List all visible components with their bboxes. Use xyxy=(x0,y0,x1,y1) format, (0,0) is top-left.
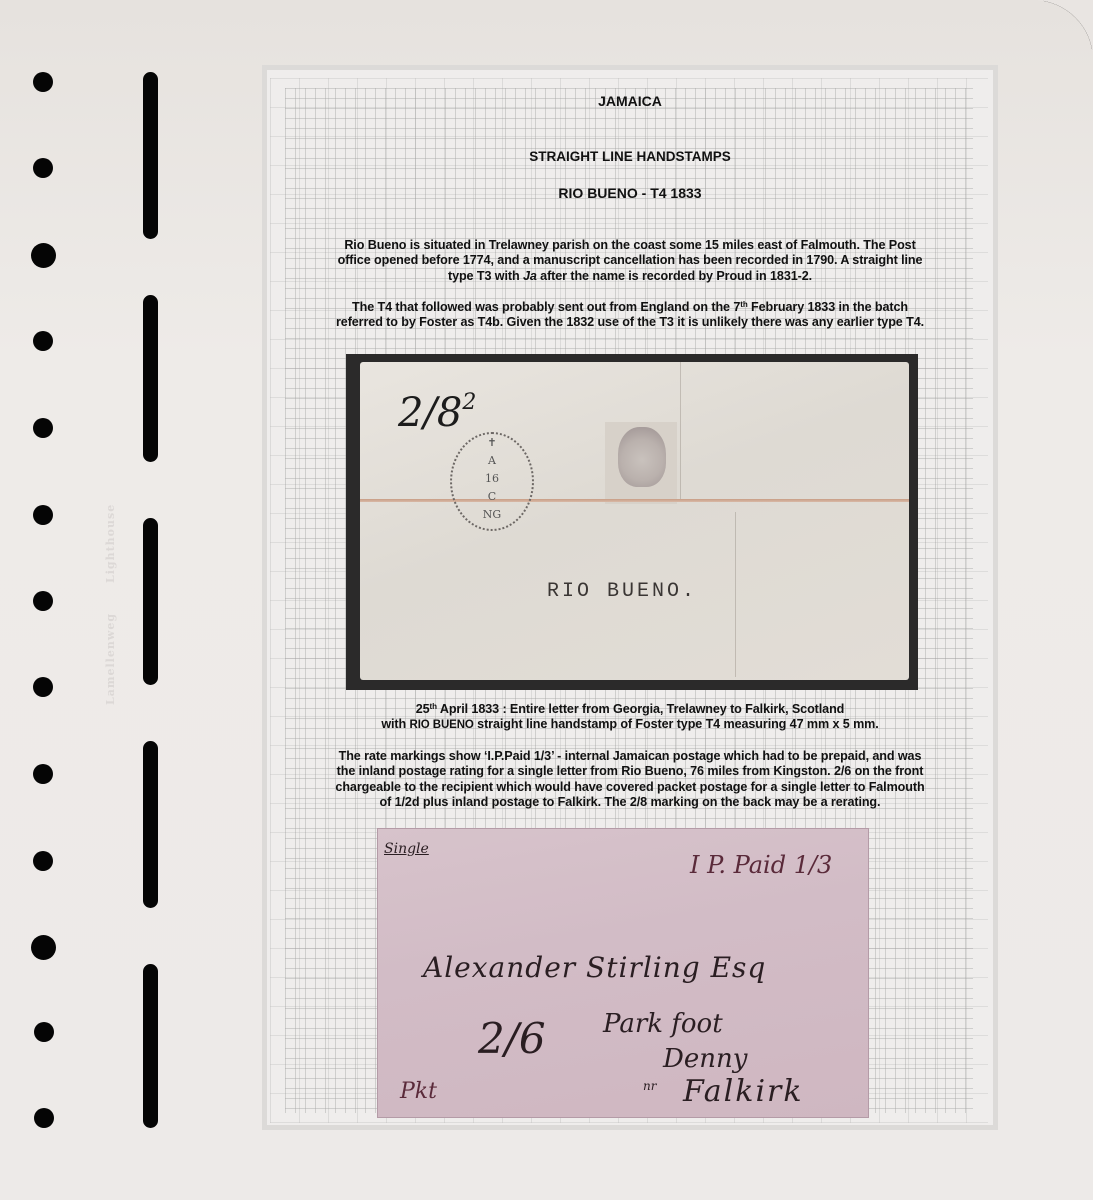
rio-bueno-handstamp: RIO BUENO. xyxy=(547,580,697,603)
manuscript-charge-marking: 2/6 xyxy=(478,1014,546,1063)
fold-line xyxy=(360,499,909,502)
rate-markings-paragraph: The rate markings show ‘I.P.Paid 1/3’ - … xyxy=(280,749,980,811)
manuscript-rate-back: 2/82 xyxy=(398,390,476,436)
manuscript-single: Single xyxy=(384,841,429,857)
binder-hole-round xyxy=(33,158,53,178)
binder-hole-round xyxy=(34,1108,54,1128)
binder-slot xyxy=(143,964,158,1128)
binder-hole-round xyxy=(33,72,53,92)
cover-front-image: Single I P. Paid 1/3 Alexander Stirling … xyxy=(377,828,869,1118)
binder-hole-round xyxy=(31,935,56,960)
address-town: Denny xyxy=(663,1044,747,1074)
circular-datestamp: ✝ A 16 C NG xyxy=(450,432,534,531)
binder-slot xyxy=(143,518,158,685)
binder-hole-round xyxy=(33,764,53,784)
page-subheading: STRAIGHT LINE HANDSTAMPS xyxy=(262,149,998,164)
binder-hole-round xyxy=(33,331,53,351)
intro-paragraph-1: Rio Bueno is situated in Trelawney paris… xyxy=(280,238,980,284)
binder-hole-round xyxy=(33,591,53,611)
manuscript-packet-note: Pkt xyxy=(400,1079,437,1104)
intro-paragraph-2: The T4 that followed was probably sent o… xyxy=(280,300,980,331)
wax-seal-remnant xyxy=(618,427,666,487)
binder-hole-round xyxy=(33,505,53,525)
binder-hole-round xyxy=(33,677,53,697)
cover-back-image: 2/82 ✝ A 16 C NG RIO BUENO. xyxy=(360,362,909,680)
address-city: Falkirk xyxy=(683,1074,804,1109)
address-street: Park foot xyxy=(603,1009,723,1039)
paper-watermark: Lamellenweg Lighthouse xyxy=(104,505,144,705)
address-name: Alexander Stirling Esq xyxy=(423,951,766,984)
section-title: RIO BUENO - T4 1833 xyxy=(262,185,998,201)
binder-hole-round xyxy=(34,1022,54,1042)
binder-hole-round xyxy=(31,243,56,268)
binder-slot xyxy=(143,295,158,462)
binder-slot xyxy=(143,72,158,239)
binder-hole-round xyxy=(33,851,53,871)
paper-crease xyxy=(735,512,736,677)
manuscript-paid-marking: I P. Paid 1/3 xyxy=(690,851,832,879)
paper-crease xyxy=(680,362,681,502)
album-page-surface: Lamellenweg Lighthouse JAMAICA STRAIGHT … xyxy=(0,0,1093,1200)
page-heading: JAMAICA xyxy=(262,93,998,109)
address-via: nr xyxy=(643,1079,656,1093)
binder-hole-round xyxy=(33,418,53,438)
album-page: Lamellenweg Lighthouse JAMAICA STRAIGHT … xyxy=(0,0,1093,1200)
binder-slot xyxy=(143,741,158,908)
cover-caption: 25th April 1833 : Entire letter from Geo… xyxy=(280,702,980,734)
